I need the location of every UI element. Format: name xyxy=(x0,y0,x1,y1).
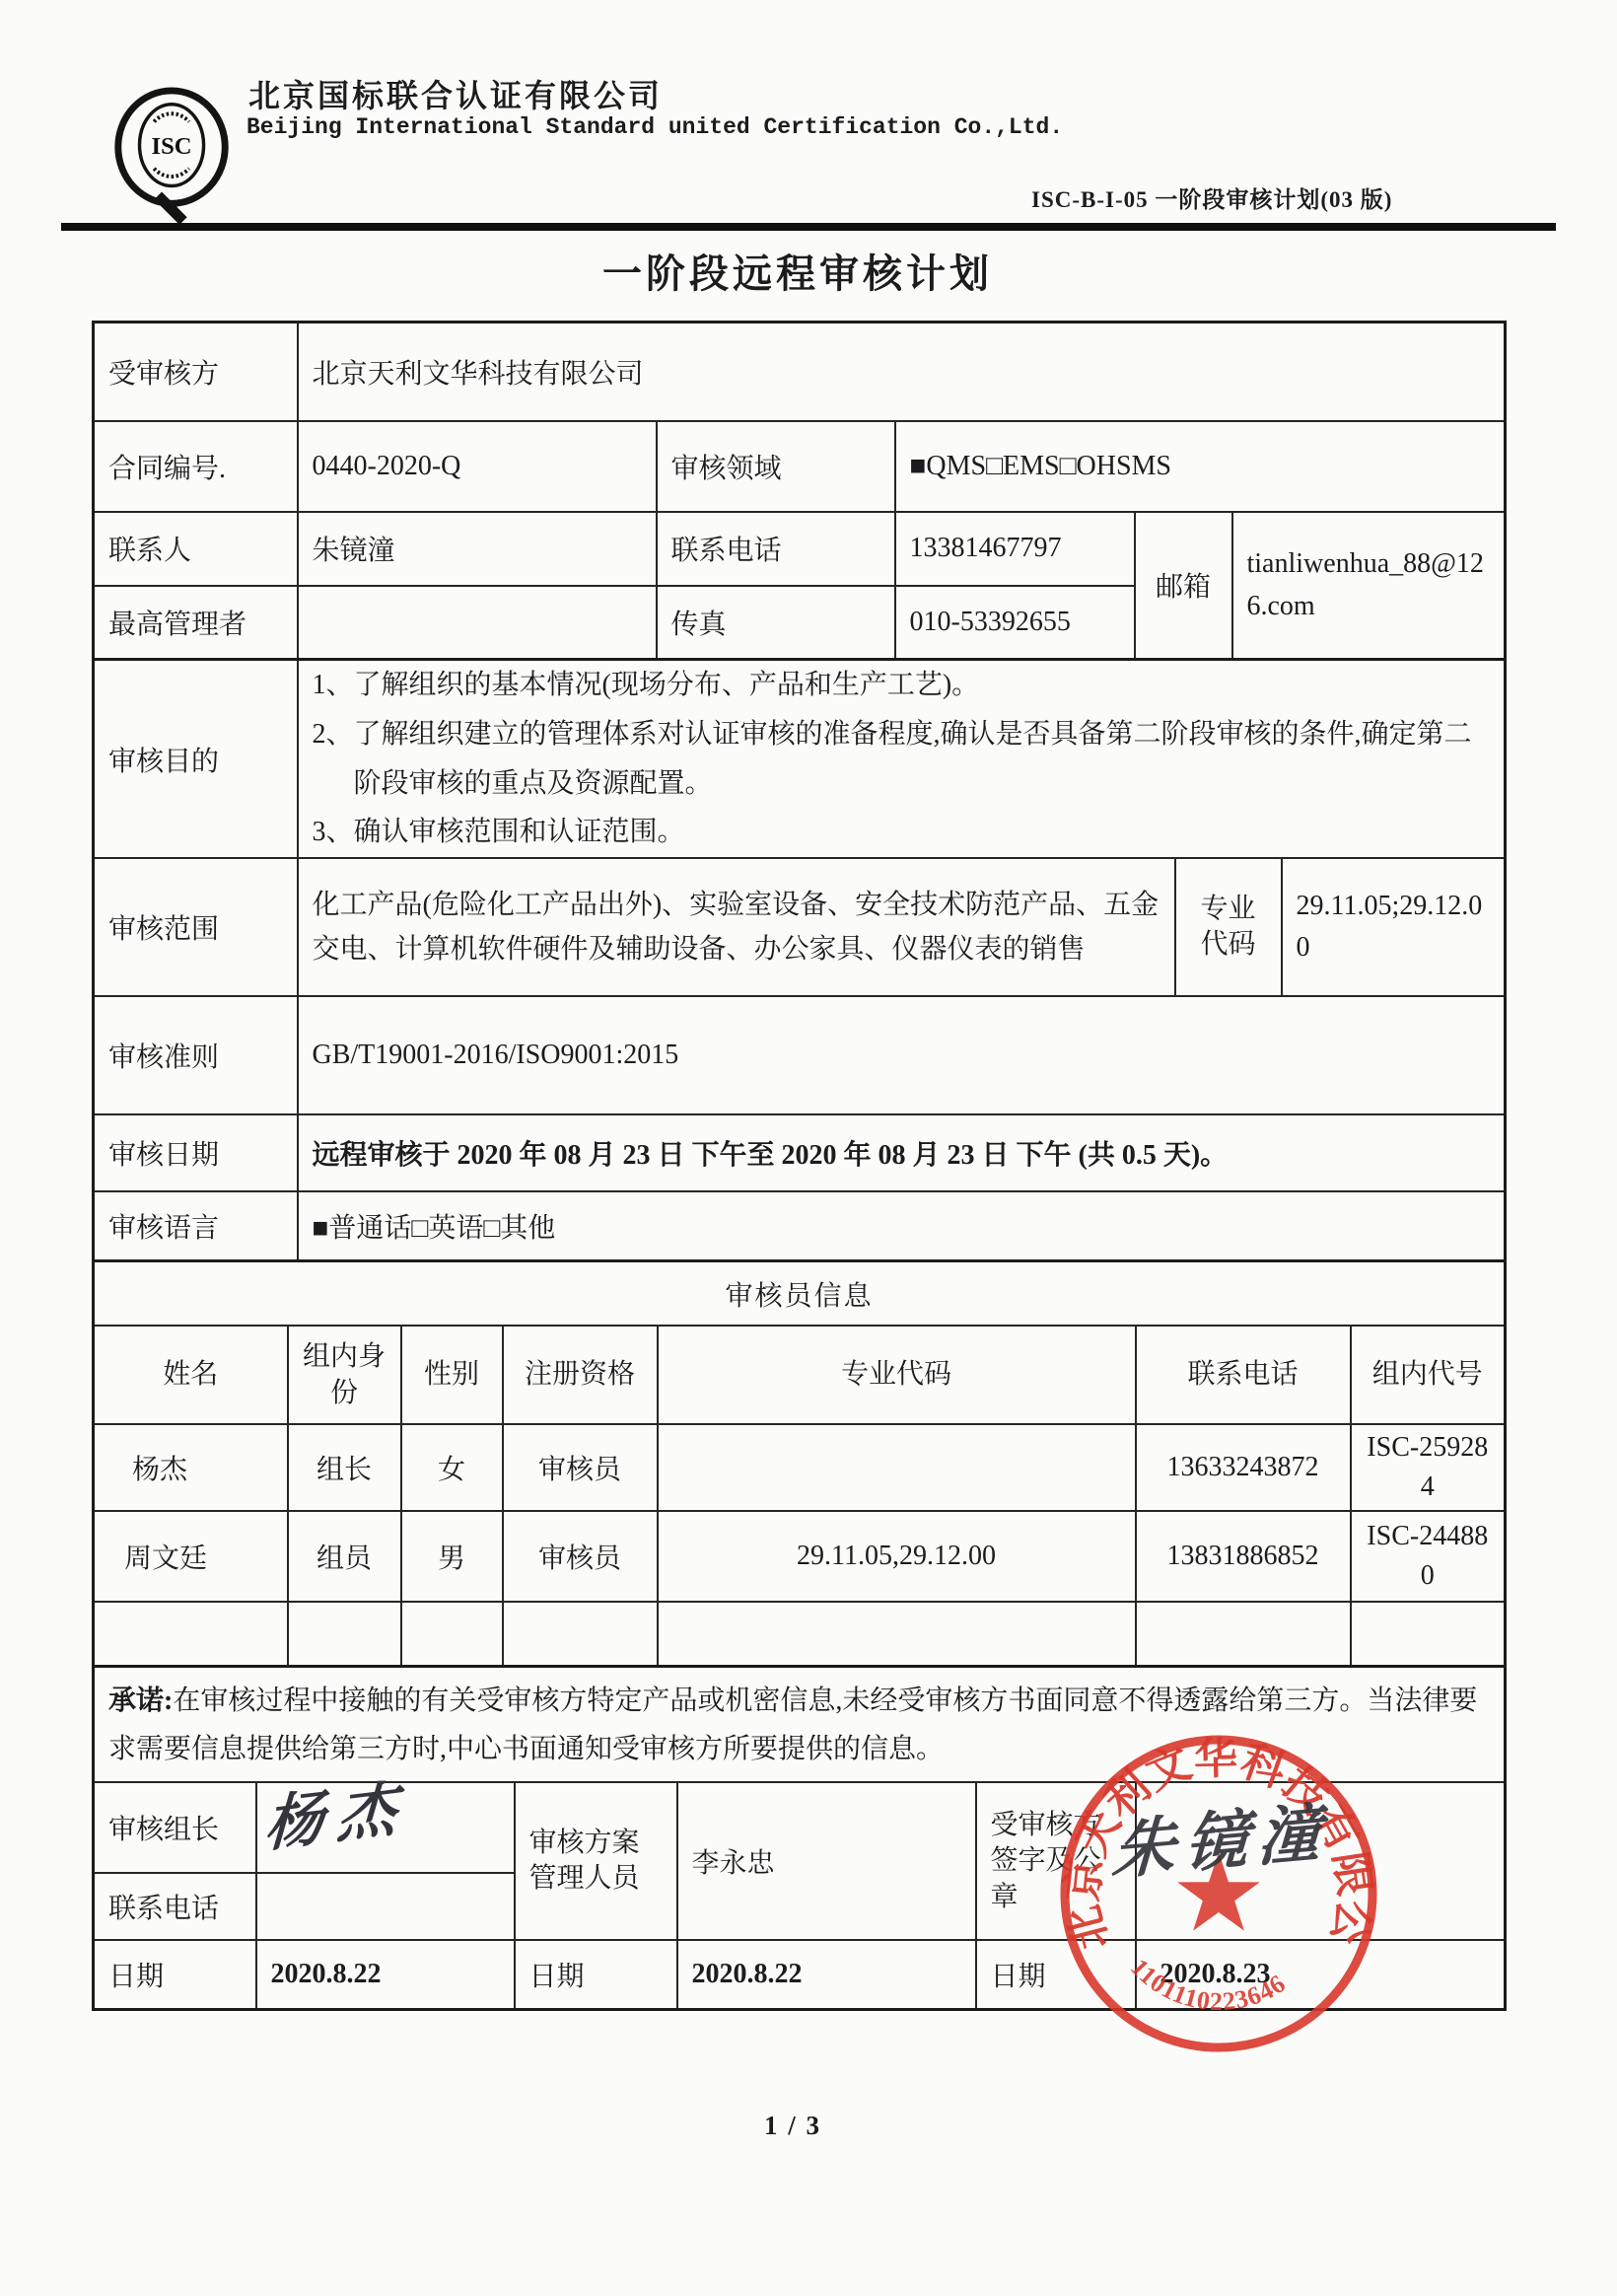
auditor-phone: 13831886852 xyxy=(1136,1511,1351,1602)
auditor-qualification xyxy=(503,1602,658,1666)
table-row: 合同编号. 0440-2020-Q 审核领域 ■QMS□EMS□OHSMS xyxy=(94,421,1506,512)
company-name-chinese: 北京国标联合认证有限公司 xyxy=(248,71,663,116)
table-row: 受审核方 北京天利文华科技有限公司 xyxy=(94,323,1506,421)
auditee-value: 北京天利文华科技有限公司 xyxy=(298,323,1506,421)
col-header-role: 组内身份 xyxy=(288,1326,401,1424)
auditor-gender: 女 xyxy=(401,1424,503,1511)
language-value: ■普通话□英语□其他 xyxy=(298,1191,1506,1260)
col-header-qualification: 注册资格 xyxy=(503,1326,658,1424)
commitment-label: 承诺: xyxy=(108,1686,173,1716)
auditor-phone: 13633243872 xyxy=(1136,1424,1351,1511)
phone-value: 13381467797 xyxy=(895,512,1135,586)
table-row: 审核员信息 xyxy=(94,1260,1506,1326)
page-number: 1 / 3 xyxy=(694,2111,891,2141)
auditee-label: 受审核方 xyxy=(94,323,298,421)
company-stamp: 北京天利文华科技有限公司 1101110223646 xyxy=(1051,1726,1386,2061)
header-divider-bar xyxy=(61,223,1556,231)
isc-logo-text: ISC xyxy=(151,133,191,160)
table-row: 审核语言 ■普通话□英语□其他 xyxy=(94,1191,1506,1260)
scope-value: 化工产品(危险化工产品出外)、实验室设备、安全技术防范产品、五金交电、计算机软件… xyxy=(298,858,1175,996)
audit-detail-table: 审核目的 1、了解组织的基本情况(现场分布、产品和生产工艺)。 2、了解组织建立… xyxy=(92,658,1507,1262)
purpose-value: 1、了解组织的基本情况(现场分布、产品和生产工艺)。 2、了解组织建立的管理体系… xyxy=(298,660,1506,859)
auditor-team-code xyxy=(1351,1602,1506,1666)
purpose-label: 审核目的 xyxy=(94,660,298,859)
isc-logo-icon: ISC xyxy=(110,85,237,223)
auditor-team-code: ISC-259284 xyxy=(1351,1424,1506,1511)
stamp-registration-number: 1101110223646 xyxy=(1125,1953,1291,2016)
contract-label: 合同编号. xyxy=(94,421,298,512)
auditor-row: 杨杰 组长 女 审核员 13633243872 ISC-259284 xyxy=(94,1424,1506,1511)
criteria-value: GB/T19001-2016/ISO9001:2015 xyxy=(298,996,1506,1114)
auditor-qualification: 审核员 xyxy=(503,1424,658,1511)
leader-date-value: 2020.8.22 xyxy=(256,1940,515,2009)
auditor-name xyxy=(94,1602,288,1666)
col-header-phone: 联系电话 xyxy=(1136,1326,1351,1424)
auditor-row: 周文廷 组员 男 审核员 29.11.05,29.12.00 138318868… xyxy=(94,1511,1506,1602)
table-row: 姓名 组内身份 性别 注册资格 专业代码 联系电话 组内代号 xyxy=(94,1326,1506,1424)
auditor-section-banner: 审核员信息 xyxy=(94,1260,1506,1326)
audit-date-value: 远程审核于 2020 年 08 月 23 日 下午至 2020 年 08 月 2… xyxy=(298,1114,1506,1191)
svg-text:1101110223646: 1101110223646 xyxy=(1125,1953,1291,2016)
leader-phone-value xyxy=(256,1873,515,1940)
email-label: 邮箱 xyxy=(1135,512,1232,660)
scanned-audit-plan-page: ISC 北京国标联合认证有限公司 Beijing International S… xyxy=(0,0,1617,2296)
fax-label: 传真 xyxy=(657,586,895,660)
purpose-item: 3、确认审核范围和认证范围。 xyxy=(313,808,1491,857)
scope-label: 审核范围 xyxy=(94,858,298,996)
top-manager-value xyxy=(298,586,657,660)
table-row: 审核范围 化工产品(危险化工产品出外)、实验室设备、安全技术防范产品、五金交电、… xyxy=(94,858,1506,996)
scheme-manager-label: 审核方案管理人员 xyxy=(515,1782,677,1940)
auditee-handwritten-signature: 朱镜潼 xyxy=(1110,1781,1333,1892)
criteria-label: 审核准则 xyxy=(94,996,298,1114)
basic-info-table: 受审核方 北京天利文华科技有限公司 合同编号. 0440-2020-Q 审核领域… xyxy=(92,321,1507,661)
col-header-code: 专业代码 xyxy=(658,1326,1136,1424)
page-title: 一阶段远程审核计划 xyxy=(92,243,1504,299)
col-header-team-code: 组内代号 xyxy=(1351,1326,1506,1424)
col-header-gender: 性别 xyxy=(401,1326,503,1424)
auditor-qualification: 审核员 xyxy=(503,1511,658,1602)
auditor-info-table: 审核员信息 姓名 组内身份 性别 注册资格 专业代码 联系电话 组内代号 杨杰 … xyxy=(92,1259,1507,1668)
auditor-code: 29.11.05,29.12.00 xyxy=(658,1511,1136,1602)
auditor-role: 组长 xyxy=(288,1424,401,1511)
language-label: 审核语言 xyxy=(94,1191,298,1260)
audit-field-value: ■QMS□EMS□OHSMS xyxy=(895,421,1506,512)
fax-value: 010-53392655 xyxy=(895,586,1135,660)
auditor-code xyxy=(658,1424,1136,1511)
company-name-english: Beijing International Standard united Ce… xyxy=(246,114,1063,140)
auditor-phone xyxy=(1136,1602,1351,1666)
contact-value: 朱镜潼 xyxy=(298,512,657,586)
auditor-name: 杨杰 xyxy=(94,1424,288,1511)
auditor-name: 周文廷 xyxy=(94,1511,288,1602)
audit-leader-label: 审核组长 xyxy=(94,1782,256,1873)
table-row: 审核准则 GB/T19001-2016/ISO9001:2015 xyxy=(94,996,1506,1114)
industry-code-value: 29.11.05;29.12.00 xyxy=(1282,858,1506,996)
auditor-gender: 男 xyxy=(401,1511,503,1602)
contact-label: 联系人 xyxy=(94,512,298,586)
auditor-role: 组员 xyxy=(288,1511,401,1602)
table-row: 审核日期 远程审核于 2020 年 08 月 23 日 下午至 2020 年 0… xyxy=(94,1114,1506,1191)
scheme-manager-value: 李永忠 xyxy=(677,1782,976,1940)
top-manager-label: 最高管理者 xyxy=(94,586,298,660)
auditor-row xyxy=(94,1602,1506,1666)
table-row: 审核目的 1、了解组织的基本情况(现场分布、产品和生产工艺)。 2、了解组织建立… xyxy=(94,660,1506,859)
industry-code-label: 专业代码 xyxy=(1175,858,1282,996)
purpose-item: 1、了解组织的基本情况(现场分布、产品和生产工艺)。 xyxy=(313,661,1491,710)
email-value: tianliwenhua_88@126.com xyxy=(1232,512,1506,660)
table-row: 联系人 朱镜潼 联系电话 13381467797 邮箱 tianliwenhua… xyxy=(94,512,1506,586)
contract-value: 0440-2020-Q xyxy=(298,421,657,512)
auditor-gender xyxy=(401,1602,503,1666)
manager-date-label: 日期 xyxy=(515,1940,677,2009)
manager-date-value: 2020.8.22 xyxy=(677,1940,976,2009)
auditor-team-code: ISC-244880 xyxy=(1351,1511,1506,1602)
col-header-name: 姓名 xyxy=(94,1326,288,1424)
leader-phone-label: 联系电话 xyxy=(94,1873,256,1940)
purpose-item: 2、了解组织建立的管理体系对认证审核的准备程度,确认是否具备第二阶段审核的条件,… xyxy=(313,710,1491,809)
auditor-role xyxy=(288,1602,401,1666)
auditor-code xyxy=(658,1602,1136,1666)
audit-date-label: 审核日期 xyxy=(94,1114,298,1191)
phone-label: 联系电话 xyxy=(657,512,895,586)
leader-date-label: 日期 xyxy=(94,1940,256,2009)
document-code: ISC-B-I-05 一阶段审核计划(03 版) xyxy=(1031,181,1392,214)
audit-field-label: 审核领域 xyxy=(657,421,895,512)
